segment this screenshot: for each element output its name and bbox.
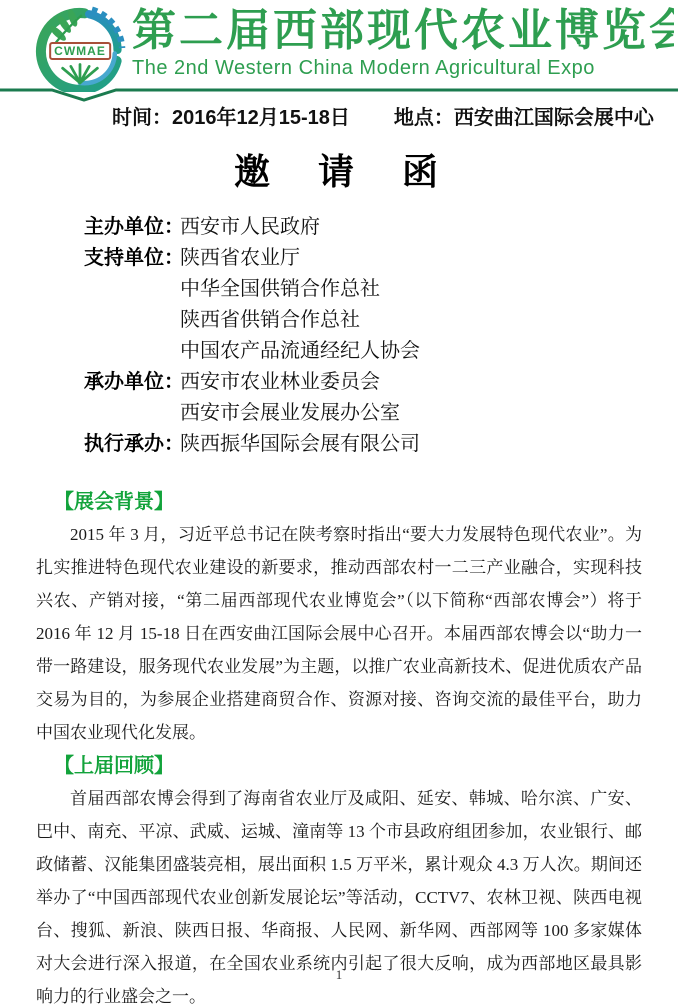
organizer-row: 主办单位：西安市人民政府 [84, 212, 640, 243]
organizer-name: 西安市农业林业委员会 [180, 371, 380, 393]
organizer-role-label: 执行承办： [84, 429, 180, 460]
expo-header-top: CWMAE 第二届西部现代农业博览会 The 2nd Western China… [0, 0, 678, 88]
organizer-name: 中国农产品流通经纪人协会 [180, 340, 420, 362]
organizer-name: 中华全国供销合作总社 [180, 278, 380, 300]
organizer-role-label: 支持单位： [84, 243, 180, 274]
organizer-role-label: 承办单位： [84, 367, 180, 398]
organizer-list: 主办单位：西安市人民政府 支持单位：陕西省农业厅 中华全国供销合作总社 陕西省供… [84, 212, 640, 460]
time-label: 时间： [112, 101, 172, 130]
page-number: 1 [0, 967, 678, 983]
organizer-row: 中华全国供销合作总社 [84, 274, 640, 305]
place-value: 西安曲江国际会展中心 [454, 101, 654, 130]
place-label: 地点： [394, 101, 454, 130]
section-heading-review: 【上届回顾】 [54, 752, 642, 780]
section-expo-background: 【展会背景】 2015 年 3 月，习近平总书记在陕考察时指出“要大力发展特色现… [36, 488, 642, 749]
expo-logo-icon: CWMAE [34, 6, 126, 92]
organizer-row: 中国农产品流通经纪人协会 [84, 336, 640, 367]
expo-title-english: The 2nd Western China Modern Agricultura… [132, 56, 674, 80]
organizer-role-label: 主办单位： [84, 212, 180, 243]
organizer-row: 承办单位：西安市农业林业委员会 [84, 367, 640, 398]
organizer-row: 西安市会展业发展办公室 [84, 398, 640, 429]
organizer-name: 西安市人民政府 [180, 216, 320, 238]
expo-header: CWMAE 第二届西部现代农业博览会 The 2nd Western China… [0, 0, 678, 128]
invitation-page: CWMAE 第二届西部现代农业博览会 The 2nd Western China… [0, 0, 678, 1005]
section-paragraph-background: 2015 年 3 月，习近平总书记在陕考察时指出“要大力发展特色现代农业”。为扎… [36, 518, 642, 749]
organizer-row: 执行承办：陕西振华国际会展有限公司 [84, 429, 640, 460]
document-title: 邀 请 函 [0, 146, 678, 198]
organizer-row: 支持单位：陕西省农业厅 [84, 243, 640, 274]
organizer-name: 西安市会展业发展办公室 [180, 402, 400, 424]
expo-titles: 第二届西部现代农业博览会 The 2nd Western China Moder… [126, 6, 674, 80]
expo-title-chinese: 第二届西部现代农业博览会 [132, 6, 674, 56]
organizer-name: 陕西振华国际会展有限公司 [180, 433, 420, 455]
section-heading-background: 【展会背景】 [54, 488, 642, 516]
organizer-row: 陕西省供销合作总社 [84, 305, 640, 336]
organizer-name: 陕西省农业厅 [180, 247, 300, 269]
event-info-line: 时间：2016年12月15-18日 地点：西安曲江国际会展中心 [0, 102, 678, 128]
logo-acronym-label: CWMAE [49, 42, 111, 60]
time-value: 2016年12月15-18日 [172, 101, 350, 130]
organizer-name: 陕西省供销合作总社 [180, 309, 360, 331]
